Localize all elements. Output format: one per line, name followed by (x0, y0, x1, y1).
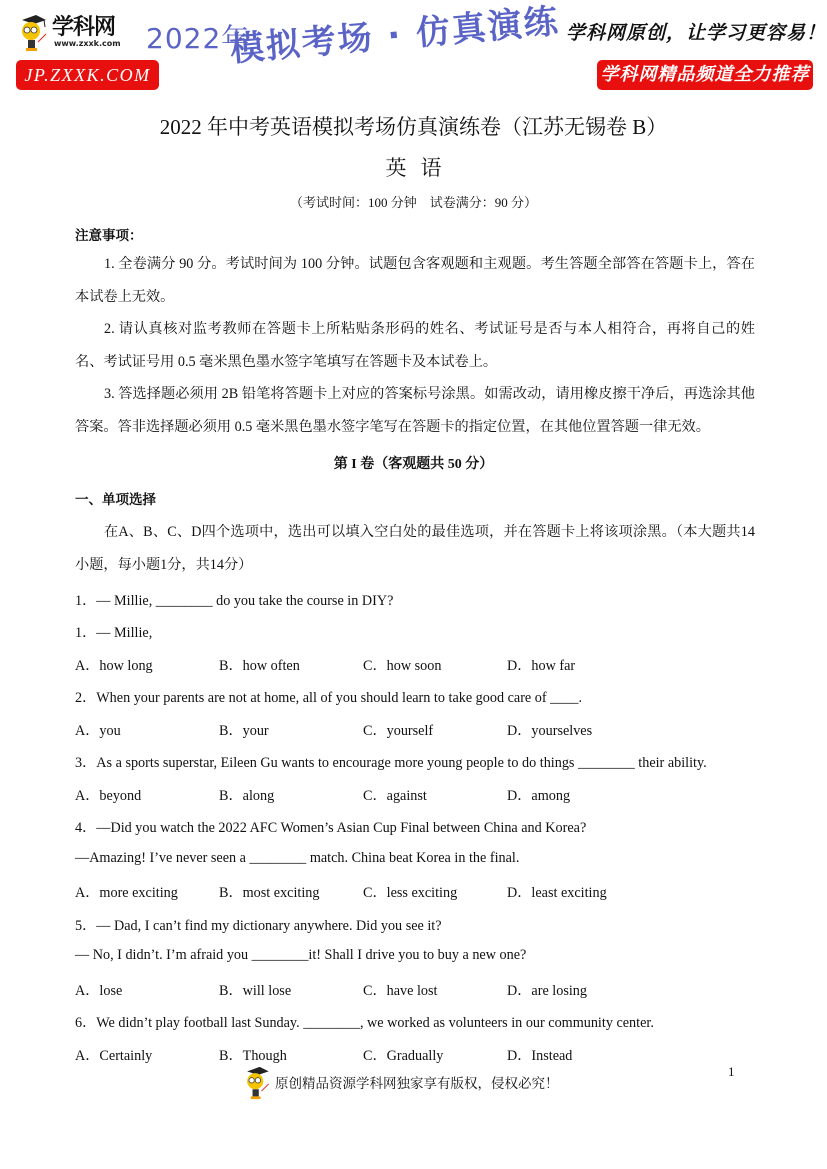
logo-name: 学科网 (52, 10, 115, 41)
answer-blank: ________ (252, 947, 309, 963)
logo-url: www.zxxk.com (54, 39, 121, 48)
recommend-badge: 学科网精品频道全力推荐 (597, 60, 813, 90)
question-text: their ability. (635, 755, 707, 771)
question-line: 4．—Did you watch the 2022 AFC Women’s As… (75, 817, 586, 837)
answer-blank: ____ (550, 690, 578, 706)
document-title: 2022 年中考英语模拟考场仿真演练卷（江苏无锡卷 B） (0, 111, 827, 141)
option-b: B．most exciting (219, 882, 320, 902)
option-c: C．Gradually (363, 1045, 443, 1065)
site-logo[interactable]: 学科网 www.zxxk.com (18, 10, 128, 54)
question-line: — No, I didn’t. I’m afraid you ________i… (75, 947, 526, 964)
option-a: A．more exciting (75, 882, 178, 902)
option-c: C．less exciting (363, 882, 457, 902)
option-a: A．Certainly (75, 1045, 152, 1065)
option-c: C．against (363, 785, 427, 805)
notice-item: 1. 全卷满分 90 分。考试时间为 100 分钟。试题包含客观题和主观题。考生… (75, 248, 755, 313)
answer-blank: ________ (578, 755, 635, 771)
question-line: 6．We didn’t play football last Sunday. _… (75, 1012, 654, 1032)
slogan-right: 学科网原创，让学习更容易！ (566, 18, 826, 45)
question-text: do you take the course in DIY? (213, 593, 394, 609)
question-line: 2．When your parents are not at home, all… (75, 687, 582, 707)
question-text: . (579, 690, 583, 706)
question-text: 3．As a sports superstar, Eileen Gu wants… (75, 755, 578, 771)
option-c: C．yourself (363, 720, 433, 740)
option-b: B．your (219, 720, 269, 740)
section-heading: 第 I 卷（客观题共 50 分） (0, 453, 827, 473)
part-instructions: 在A、B、C、D四个选项中，选出可以填入空白处的最佳选项，并在答题卡上将该项涂黑… (75, 516, 755, 581)
question-text: —Amazing! I’ve never seen a (75, 850, 250, 866)
mascot-icon (243, 1066, 271, 1100)
answer-blank: ________ (303, 1015, 360, 1031)
question-line: 5．— Dad, I can’t find my dictionary anyw… (75, 915, 442, 935)
option-b: B．along (219, 785, 274, 805)
exam-info: （考试时间：100 分钟 试卷满分：90 分） (0, 192, 827, 211)
option-a: A．you (75, 720, 121, 740)
question-text: 6．We didn’t play football last Sunday. (75, 1015, 303, 1031)
option-d: D．least exciting (507, 882, 607, 902)
site-badge-link[interactable]: JP.ZXXK.COM (16, 60, 159, 90)
option-d: D．are losing (507, 980, 587, 1000)
question-text: — No, I didn’t. I’m afraid you (75, 947, 252, 963)
option-b: B．Though (219, 1045, 287, 1065)
option-b: B．how often (219, 655, 300, 675)
question-line: —Amazing! I’ve never seen a ________ mat… (75, 850, 519, 867)
notice-heading: 注意事项： (75, 224, 143, 244)
question-text: it! Shall I drive you to buy a new one? (308, 947, 526, 963)
notice-item: 3. 答选择题必须用 2B 铅笔将答题卡上对应的答案标号涂黑。如需改动，请用橡皮… (75, 378, 755, 443)
option-a: A．lose (75, 980, 122, 1000)
question-text: 1．— Millie, (75, 593, 156, 609)
question-text: , we worked as volunteers in our communi… (360, 1015, 654, 1031)
option-d: D．yourselves (507, 720, 592, 740)
option-b: B．will lose (219, 980, 291, 1000)
slogan-main: 模拟考场 · 仿真演练 (228, 0, 562, 71)
copyright-notice: 原创精品资源学科网独家享有版权，侵权必究！ (275, 1072, 559, 1092)
option-a: A．how long (75, 655, 153, 675)
subject-heading: 英语 (0, 152, 827, 182)
option-a: A．beyond (75, 785, 141, 805)
answer-blank: ________ (156, 593, 213, 609)
option-d: D．among (507, 785, 570, 805)
option-d: D．how far (507, 655, 575, 675)
option-c: C．how soon (363, 655, 441, 675)
question-text: 2．When your parents are not at home, all… (75, 690, 550, 706)
question-line: 1．— Millie, (75, 622, 152, 642)
answer-blank: ________ (250, 850, 307, 866)
page-number: 1 (728, 1064, 735, 1080)
question-text: match. China beat Korea in the final. (306, 850, 519, 866)
question-line: 1．— Millie, ________ do you take the cou… (75, 590, 393, 610)
option-c: C．have lost (363, 980, 437, 1000)
question-line: 3．As a sports superstar, Eileen Gu wants… (75, 752, 707, 772)
mascot-icon (18, 14, 48, 52)
part-heading: 一、单项选择 (75, 488, 156, 508)
option-d: D．Instead (507, 1045, 572, 1065)
notice-item: 2. 请认真核对监考教师在答题卡上所粘贴条形码的姓名、考试证号是否与本人相符合，… (75, 313, 755, 378)
